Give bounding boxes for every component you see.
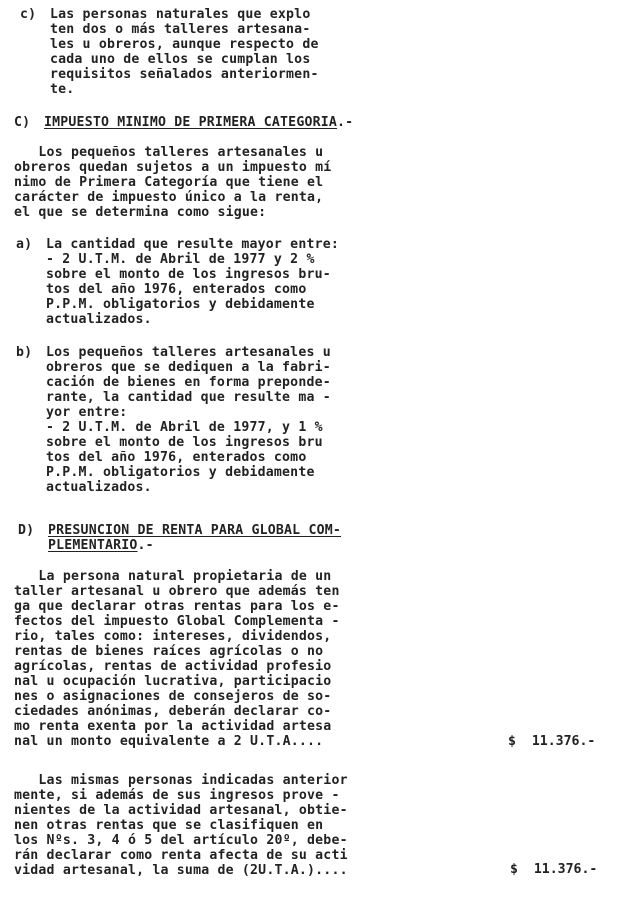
item-b-line: obreros que se dediquen a la fabri- [46,360,331,375]
section-d-heading-line2: PLEMENTARIO.- [48,538,154,553]
item-c-line: requisitos señalados anteriormen- [50,67,319,82]
section-d-p1-line: nal un monto equivalente a 2 U.T.A.... [14,734,323,749]
item-a-line: tos del año 1976, enterados como [46,282,306,297]
amount-afecta: $ 11.376.- [510,862,597,877]
section-c-intro-line: nimo de Primera Categoría que tiene el [14,175,323,190]
section-d-p2-line: vidad artesanal, la suma de (2U.T.A.)...… [14,863,348,878]
section-d-p1-line: rentas de bienes raíces agrícolas o no [14,644,323,659]
amount-exenta: $ 11.376.- [508,734,595,749]
section-c-intro-line: el que se determina como sigue: [14,205,266,220]
section-d-p2-line: los Nºs. 3, 4 ó 5 del artículo 20º, debe… [14,833,348,848]
item-b-line: actualizados. [46,480,152,495]
section-d-p1-line: nes o asignaciones de consejeros de so- [14,689,331,704]
section-d-p2-line: nientes de la actividad artesanal, obtie… [14,803,348,818]
section-d-heading-line1: PRESUNCION DE RENTA PARA GLOBAL COM- [48,523,341,538]
item-b-line: tos del año 1976, enterados como [46,450,306,465]
section-c-marker: C) [14,115,30,130]
item-b-marker: b) [16,345,32,360]
item-c-line: te. [50,82,74,97]
item-b-line: rante, la cantidad que resulte ma - [46,390,331,405]
section-d-p2-line: rán declarar como renta afecta de su act… [14,848,348,863]
section-c-intro-line: carácter de impuesto único a la renta, [14,190,323,205]
item-a-marker: a) [16,237,32,252]
item-b-line: cación de bienes en forma preponde- [46,375,331,390]
section-d-p1-line: La persona natural propietaria de un [14,569,331,584]
section-c-intro-line: Los pequeños talleres artesanales u [14,145,323,160]
item-a-line: - 2 U.T.M. de Abril de 1977 y 2 % [46,252,315,267]
item-a-line: La cantidad que resulte mayor entre: [46,237,339,252]
item-a-line: sobre el monto de los ingresos bru- [46,267,331,282]
section-d-marker: D) [18,523,34,538]
section-d-p1-line: rio, tales como: intereses, dividendos, [14,629,331,644]
item-b-line: Los pequeños talleres artesanales u [46,345,331,360]
item-a-line: actualizados. [46,312,152,327]
section-d-p2-line: mente, si además de sus ingresos prove - [14,788,340,803]
section-d-p1-line: ciedades anónimas, deberán declarar co- [14,704,331,719]
section-c-title: IMPUESTO MINIMO DE PRIMERA CATEGORIA [44,115,337,130]
section-d-p1-line: mo renta exenta por la actividad artesa [14,719,331,734]
item-b-line: yor entre: [46,405,127,420]
section-d-p1-line: ga que declarar otras rentas para los e- [14,599,340,614]
item-c-line: ten dos o más talleres artesana- [50,22,310,37]
section-d-p1-line: agrícolas, rentas de actividad profesio [14,659,331,674]
item-c-marker: c) [20,7,36,22]
section-d-p2-line: Las mismas personas indicadas anterior [14,773,348,788]
section-d-title-line2: PLEMENTARIO [48,538,138,553]
item-a-line: P.P.M. obligatorios y debidamente [46,297,315,312]
section-c-intro-line: obreros quedan sujetos a un impuesto mí [14,160,331,175]
section-d-p1-line: fectos del impuesto Global Complementa - [14,614,340,629]
item-c-line: les u obreros, aunque respecto de [50,37,319,52]
section-c-heading: IMPUESTO MINIMO DE PRIMERA CATEGORIA.- [44,115,353,130]
item-b-line: - 2 U.T.M. de Abril de 1977, y 1 % [46,420,323,435]
item-b-line: P.P.M. obligatorios y debidamente [46,465,315,480]
section-d-p1-line: taller artesanal u obrero que además ten [14,584,340,599]
item-b-line: sobre el monto de los ingresos bru [46,435,323,450]
item-c-line: Las personas naturales que explo [50,7,310,22]
document-page: c) Las personas naturales que explo ten … [0,0,630,900]
section-d-title-suffix: .- [138,538,154,553]
section-c-title-suffix: .- [337,115,353,130]
section-d-p1-line: nal u ocupación lucrativa, participacio [14,674,331,689]
section-d-p2-line: nen otras rentas que se clasifiquen en [14,818,323,833]
section-d-title-line1: PRESUNCION DE RENTA PARA GLOBAL COM- [48,523,341,538]
item-c-line: cada uno de ellos se cumplan los [50,52,310,67]
